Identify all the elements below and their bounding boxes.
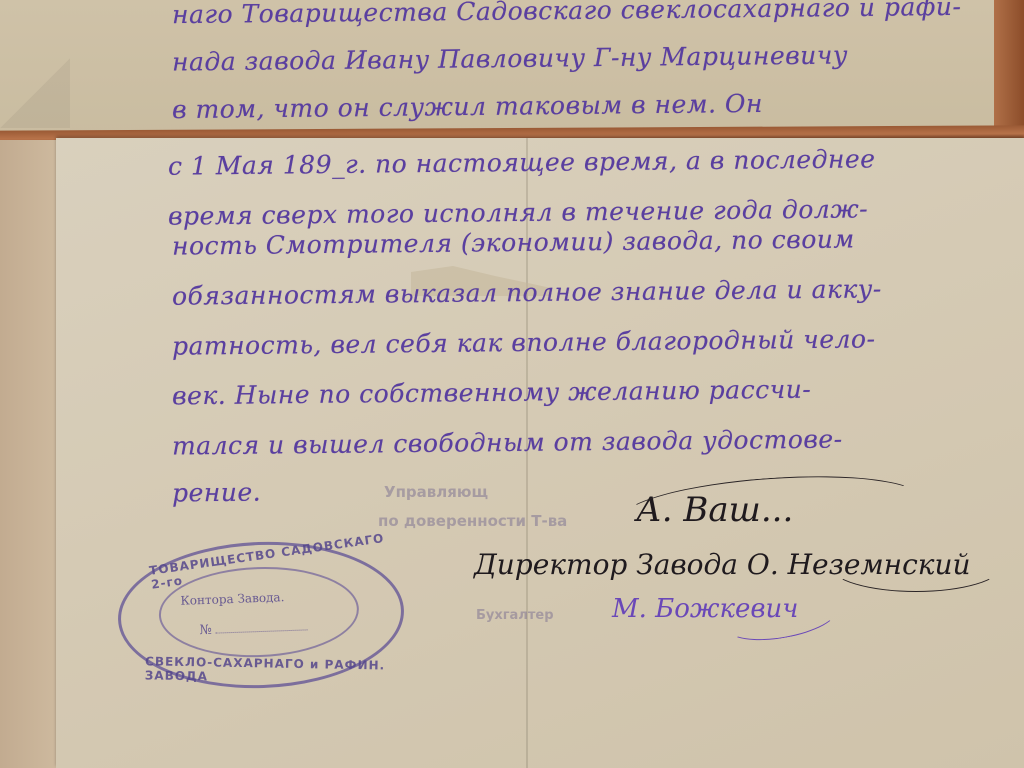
director-flourish	[830, 540, 1002, 592]
accountant-stamp: Бухгалтер	[476, 608, 554, 623]
stamp-number-label: №	[199, 623, 212, 638]
manager-stamp-line-2: по доверенности Т-ва	[378, 512, 567, 530]
paper-fold	[0, 58, 70, 128]
body-line-8: рение.	[172, 478, 261, 508]
left-paper-strip	[0, 140, 57, 768]
upper-line-3: в том, что он служил таковым в нем. Он	[172, 89, 763, 124]
stamp-number-blank	[216, 629, 308, 633]
manager-stamp-line-1: Управляющ	[384, 483, 488, 501]
stamp-bottom-text: СВЕКЛО-САХАРНАГО и РАФИН. ЗАВОДА	[145, 654, 403, 686]
